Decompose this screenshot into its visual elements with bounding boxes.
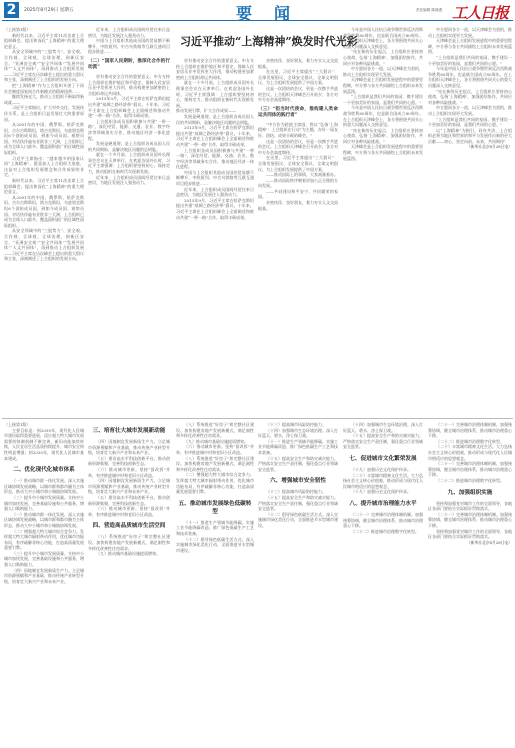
paragraph: （二十一）完善城市治理体制机制。加强统筹协调，健全城市治理体系，推动城市治理重心… [428,512,512,529]
paragraph: 中方愿同各方一道，以天津峰会为契机，推动上合组织实现更大发展。 [343,66,423,77]
paragraph: 中方愿同各方一道，以天津峰会为契机，推动上合组织实现更大发展。 [428,27,512,38]
paragraph: 就在一个多月前，上合组织成员国外长理事会会议在天津举行。在欢迎各国外长时，习近平… [88,152,170,174]
paragraph: （十四）加强城市生态环境治理。深入打好蓝天、碧水、净土保卫战。 [343,422,423,433]
paragraph: （三）提升中小城市发展质量。支持中小城市加快发展，完善基础设施和公共服务，增强人… [4,551,84,568]
paragraph: 天津峰会是上合组织发展进程中的重要里程碑，中方将与各方共同描绘上合组织未来发展蓝… [343,144,423,161]
paragraph: 2013年9月，习近平主席在哈萨克斯坦提出共建“丝绸之路经济带”倡议。十年来，习… [88,96,170,118]
paragraph: （二十）丰富城市精神文化生活。大力弘扬社会主义核心价值观，推动形成与现代化人民城… [428,444,512,461]
paragraph: （八）系统推进“好房子”和完整社区建设。加快构建房地产发展新模式，满足刚性和多样… [176,456,254,473]
section-heading-3: 三、培育壮大城市发展新动能 [88,427,170,435]
paragraph: （十二）倡导绿色低碳生活方式。深入实施城市绿化美化行动，全面推进节水型城市建设。 [258,512,338,529]
paragraph: （二十一）完善城市治理体制机制。加强统筹协调，健全城市治理体系，推动城市治理重心… [428,461,512,478]
section-heading-2: 二、优化现代化城市体系 [4,466,84,474]
paragraph: 亲密伙伴、良好朋友，着力夯实人文交流根基。 [258,200,338,211]
paragraph: （六）推动城市更新。坚持“留改拆”并举，有序推进城中村和老旧小区改造。 [88,467,170,478]
section-heading-4: 四、营造高品质城市生活空间 [88,522,170,530]
paragraph: （十一）推进生产领域节能降碳。实施工业节能降碳改造，推广绿色低碳生产工艺和技术装… [258,439,338,456]
paragraph: （二十）丰富城市精神文化生活。大力弘扬社会主义核心价值观，推动形成与现代化人民城… [343,473,423,490]
paragraph: 今年是中国人民抗日战争暨世界反法西斯战争胜利80周年，也是联合国成立80周年。在… [343,105,423,127]
section-heading-7: 七、促进城市文化繁荣发展 [343,455,423,463]
paragraph: 天津峰会是上合组织发展进程中的重要里程碑，中方将与各方共同描绘上合组织未来发展蓝… [428,38,512,55]
lead-subhead-2: （二）“国家人民期盼，推深化合作的行动派” [88,59,170,71]
paragraph: “站在新的历史起点，上合组织应坚持初心使命，弘扬‘上海精神’，加强团结协作，共同… [343,49,423,66]
paragraph: 近年来，上合组织成员国间经贸往来日益密切，为地区发展注入强劲动力。 [88,175,170,186]
paragraph: 在这里，习近平主席提出“三大倡议”：全球发展倡议、全球安全倡议、全球文明倡议，为… [258,69,338,86]
paragraph: ——推动国际上的事情，大家商量着办。 [258,172,338,178]
paragraph: （四）因地制宜发展新质生产力。立足城市资源禀赋和产业基础，推动传统产业转型升级，… [4,568,84,585]
section-heading-9: 九、加强组织实施 [428,489,512,497]
paragraph: 近年来，上合组织成员国间经贸往来日益密切，为地区发展注入强劲动力。 [88,27,170,38]
paragraph: （五）建设高水平科技创新平台。推动创新资源集聚，完善科技创新生态。 [88,495,170,506]
paragraph: 把“上海精神”作为上合组织开创了不同社会制度国家间合作新模式的精神纽带…… [4,83,84,94]
page-masthead: 2 2025年8月29日 星期五 要闻 责任编辑 陈晓燕 工人日报 [0,0,515,20]
paragraph: 近年来，上合组织成员国间经贸往来日益密切，为地区发展注入强劲动力。 [176,187,254,198]
lead-subhead-3: （三）“担当时代使命，推构建人类命运共同体的践行者” [258,107,338,119]
paragraph: 从安全领域中的“三股势力”、安全观、合作观、全球观，全球治理，到新区安全、“亚洲… [4,228,84,262]
paragraph: 坚持和加强党对城市工作的全面领导，各地区各部门要结合实际抓好贯彻落实。 [428,529,512,540]
section-heading-8: 八、提升城市治理能力水平 [343,500,423,508]
paragraph: 亲密伙伴、良好朋友，着力夯实人文交流根基。 [258,58,338,69]
paragraph: 从2001年的中国、俄罗斯、哈萨克斯坦、吉尔吉斯斯坦、塔吉克斯坦、乌兹别克斯坦6… [4,195,84,229]
paragraph: 中方愿同各方一道，以天津峰会为契机，推动上合组织实现更大发展。 [428,105,512,116]
lead-column-4: 亲密伙伴、良好朋友，着力夯实人文交流根基。 在这里，习近平主席提出“三大倡议”：… [258,58,338,415]
paragraph: 在这里，习近平主席提出“三大倡议”：全球发展倡议、全球安全倡议、全球文明倡议，为… [258,155,338,172]
paragraph: 中国与上合组织其他成员国的贸易额不断攀升，中欧班列、中吉乌铁路等互联互通项目稳步… [176,170,254,187]
paragraph: （十二）倡导绿色低碳生活方式。深入实施城市绿化美化行动，全面推进节水型城市建设。 [176,537,254,554]
paragraph: （一）推动城市群一体化发展。深入实施区域协调发展战略，以城市群和都市圈为主体形态… [4,478,84,495]
paragraph: 上合组织各成员国积极参与共建“一带一路”，深化经贸、能源、交通、农业、数字经济等… [176,148,254,170]
paragraph: 这是一次团结的会议，更是一次携手共进的会议。上合组织天津峰会召开前夕，各方对中方… [258,86,338,103]
paragraph: “站在新的历史起点，上合组织应坚持初心使命，弘扬‘上海精神’，加强团结协作，共同… [343,128,423,145]
paragraph: （十四）加强城市生态环境治理。深入打好蓝天、碧水、净土保卫战。 [258,428,338,439]
publication-date: 2025年8月29日 星期五 [24,7,73,13]
paragraph: ——推动国际秩序朝着更加公正合理的方向发展。 [258,178,338,189]
lower-column-4: （十三）提高城市风险防控能力。 （十四）加强城市生态环境治理。深入打好蓝天、碧水… [258,422,338,746]
paragraph: 新时代以来，习近平主席11次出席上合组织峰会，提出和深化“上海精神”的重大理论意… [4,33,84,50]
paragraph: 习近平主席指出，扩大对外交往，发展伙伴关系，是上合组织日益发展壮大的重要原因。 [4,105,84,122]
responsible-editor: 责任编辑 陈晓燕 [416,8,442,13]
lower-column-2: 三、培育壮大城市发展新动能 （四）因地制宜发展新质生产力。立足城市资源禀赋和产业… [88,422,170,746]
paragraph: （十五）提高安全生产和防灾减灾能力。严格落实安全生产责任制，强化重点行业领域安全… [343,433,423,450]
paragraph: （二）增强超大特大城市综合竞争力。发挥超大特大城市辐射带动作用，优化城市功能布局… [176,472,254,494]
masthead-divider [2,20,513,21]
paragraph: （四）因地制宜发展新质生产力。立足城市资源禀赋和产业基础，推动传统产业转型升级，… [88,478,170,495]
paragraph: （三）提升中小城市发展质量。支持中小城市加快发展，完善基础设施和公共服务，增强人… [4,495,84,512]
paragraph: （八）系统推进“好房子”和完整社区建设。加快构建房地产发展新模式，满足刚性和多样… [88,534,170,551]
paragraph: （九）推动城市基础设施提质增效。 [88,551,170,557]
paragraph: （二十二）推进城市治理数字化转型。 [343,529,423,535]
paragraph: 发展是硬道理，是上合组织各成员国人民的共同期盼，是解决地区问题的总钥匙。 [176,114,254,125]
lead-column-6: 中方愿同各方一道，以天津峰会为契机，推动上合组织实现更大发展。 天津峰会是上合组… [428,27,512,415]
lead-headline: 习近平推动“上海精神”焕发时代光彩 [180,33,345,49]
paragraph: （一）推动城市群一体化发展。深入实施区域协调发展战略，以城市群和都市圈为主体形态… [4,512,84,529]
paragraph: （十五）提高安全生产和防灾减灾能力。严格落实安全生产责任制，强化重点行业领域安全… [258,456,338,473]
paragraph: 2013年9月，习近平主席在哈萨克斯坦提出共建“丝绸之路经济带”倡议。十年来，习… [176,198,254,220]
lower-column-5: （十四）加强城市生态环境治理。深入打好蓝天、碧水、净土保卫战。 （十五）提高安全… [343,422,423,746]
paragraph: 从安全领域中的“三股势力”、安全观、合作观、全球观，全球治理，到新区安全、“亚洲… [4,49,84,83]
section-heading-5: 五、推动城市发展绿色低碳转型 [176,500,254,516]
lead-column-5: 今年是中国人民抗日战争暨世界反法西斯战争胜利80周年，也是联合国成立80周年。在… [343,27,423,415]
paragraph: “上合组织是我们共同的家园，携手建设一个更加美好的家园，是我们共同的心愿。” [428,55,512,66]
paragraph: 继续发扬光大，推动上合组织不断取得新成就—— [4,94,84,105]
paragraph: 上合组织各成员国积极参与共建“一带一路”，深化经贸、能源、交通、农业、数字经济等… [88,119,170,141]
lower-column-3: （八）系统推进“好房子”和完整社区建设。加快构建房地产发展新模式，满足刚性和多样… [176,422,254,746]
section-heading-6: 六、增强城市安全韧性 [258,477,338,485]
paragraph: （二十二）推进城市治理数字化转型。 [428,478,512,484]
lead-column-2: 近年来，上合组织成员国间经贸往来日益密切，为地区发展注入强劲动力。 中国与上合组… [88,27,170,415]
paragraph: 2013年9月，习近平主席在哈萨克斯坦提出共建“丝绸之路经济带”倡议。十年来，习… [176,125,254,147]
paragraph: 更有推动安全合作的重要意义。中方支持上合组织在维护地区和平稳定、保障人民安居乐业… [88,74,170,96]
paragraph: 今年是中国人民抗日战争暨世界反法西斯战争胜利80周年，也是联合国成立80周年。在… [343,27,423,49]
paragraph: “中方作为轮值主席国，将以“弘扬‘上海精神’：上合组织在行动”为主题，办好一届友… [258,122,338,139]
paragraph: （二）增强超大特大城市综合竞争力。发挥超大特大城市辐射带动作用，优化城市功能布局… [4,529,84,551]
paragraph: （十九）加强历史文化保护传承。 [343,489,423,495]
paragraph: 这是一次团结的会议，更是一次携手共进的会议。上合组织天津峰会召开前夕，各方对中方… [258,139,338,156]
paragraph: 习近平主席指出：“越来越多的国家认同“上海精神”，愿意加入上合组织大家庭，这是对… [4,156,84,178]
paragraph: “上合组织是我们共同的家园，携手建设一个更加美好的家园，是我们共同的心愿。” [428,117,512,128]
paragraph: （十一）推进生产领域节能降碳。实施工业节能降碳改造，推广绿色低碳生产工艺和技术装… [176,520,254,537]
paragraph: 新时代以来，习近平主席11次出席上合组织峰会，提出和深化“上海精神”的重大理论意… [4,178,84,195]
paragraph: （五）建设高水平科技创新平台。推动创新资源集聚，完善科技创新生态。 [88,456,170,467]
paragraph: （二十一）完善城市治理体制机制。加强统筹协调，健全城市治理体系，推动城市治理重心… [428,422,512,439]
paragraph: （六）推动城市更新。坚持“留改拆”并举，有序推进城中村和老旧小区改造。 [176,444,254,455]
paragraph: （四）因地制宜发展新质生产力。立足城市资源禀赋和产业基础，推动传统产业转型升级，… [88,439,170,456]
paragraph: 中国与上合组织其他成员国的贸易额不断攀升，中欧班列、中吉乌铁路等互联互通项目稳步… [88,38,170,55]
paragraph: 发展是硬道理，是上合组织各成员国人民的共同期盼，是解决地区问题的总钥匙。 [88,141,170,152]
paragraph: 坚持和加强党对城市工作的全面领导，各地区各部门要结合实际抓好贯彻落实。 [428,501,512,512]
paragraph: （八）系统推进“好房子”和完整社区建设。加快构建房地产发展新模式，满足刚性和多样… [176,422,254,439]
paragraph: 更有推动安全合作的重要意义。中方支持上合组织在维护地区和平稳定、保障人民安居乐业… [176,58,254,80]
lower-column-6: （二十一）完善城市治理体制机制。加强统筹协调，健全城市治理体系，推动城市治理重心… [428,422,512,746]
paragraph: “站在新的历史起点，上合组织应坚持初心使命，弘扬‘上海精神’，加强团结协作，共同… [428,89,512,106]
paragraph: 以“上海精神”为指引，同舟共济，上合组织必将为地区和世界的和平与发展作出新的更大… [428,128,512,145]
paragraph: 从2001年的中国、俄罗斯、哈萨克斯坦、吉尔吉斯斯坦、塔吉克斯坦、乌兹别克斯坦6… [4,122,84,156]
paragraph: ——共同建设和平安宁、共同繁荣的家园。 [258,189,338,200]
page-number: 2 [4,2,19,18]
article-divider [2,418,513,419]
paragraph: 今年是中国人民抗日战争暨世界反法西斯战争胜利80周年，也是联合国成立80周年。在… [428,66,512,88]
paragraph: （二十一）完善城市治理体制机制。加强统筹协调，健全城市治理体系，推动城市治理重心… [343,512,423,529]
paragraph: 就在一个多月前，上合组织成员国外长理事会会议在天津举行。在欢迎各国外长时，习近平… [176,80,254,108]
paragraph: “上合组织是我们共同的家园，携手建设一个更加美好的家园，是我们共同的心愿。” [343,94,423,105]
lead-sign-off: （新华社北京8月28日电） [428,144,512,150]
paragraph: （六）推动城市更新。坚持“留改拆”并举，有序推进城中村和老旧小区改造。 [88,506,170,517]
lower-sign-off: （新华社北京8月28日电） [428,540,512,546]
paragraph: （十五）提高安全生产和防灾减灾能力。严格落实安全生产责任制，强化重点行业领域安全… [258,495,338,512]
paragraph: 主要目标是：到2030年，现代化人民城市建设取得重要进展，适应超大特大城市发展需… [4,428,84,462]
lower-column-1: （上接第1版） 主要目标是：到2030年，现代化人民城市建设取得重要进展，适应超… [4,422,84,746]
lead-column-3: 更有推动安全合作的重要意义。中方支持上合组织在维护地区和平稳定、保障人民安居乐业… [176,58,254,415]
paragraph: 天津峰会是上合组织发展进程中的重要里程碑，中方将与各方共同描绘上合组织未来发展蓝… [343,77,423,94]
lead-column-1: （上接第1版） 新时代以来，习近平主席11次出席上合组织峰会，提出和深化“上海精… [4,27,84,415]
